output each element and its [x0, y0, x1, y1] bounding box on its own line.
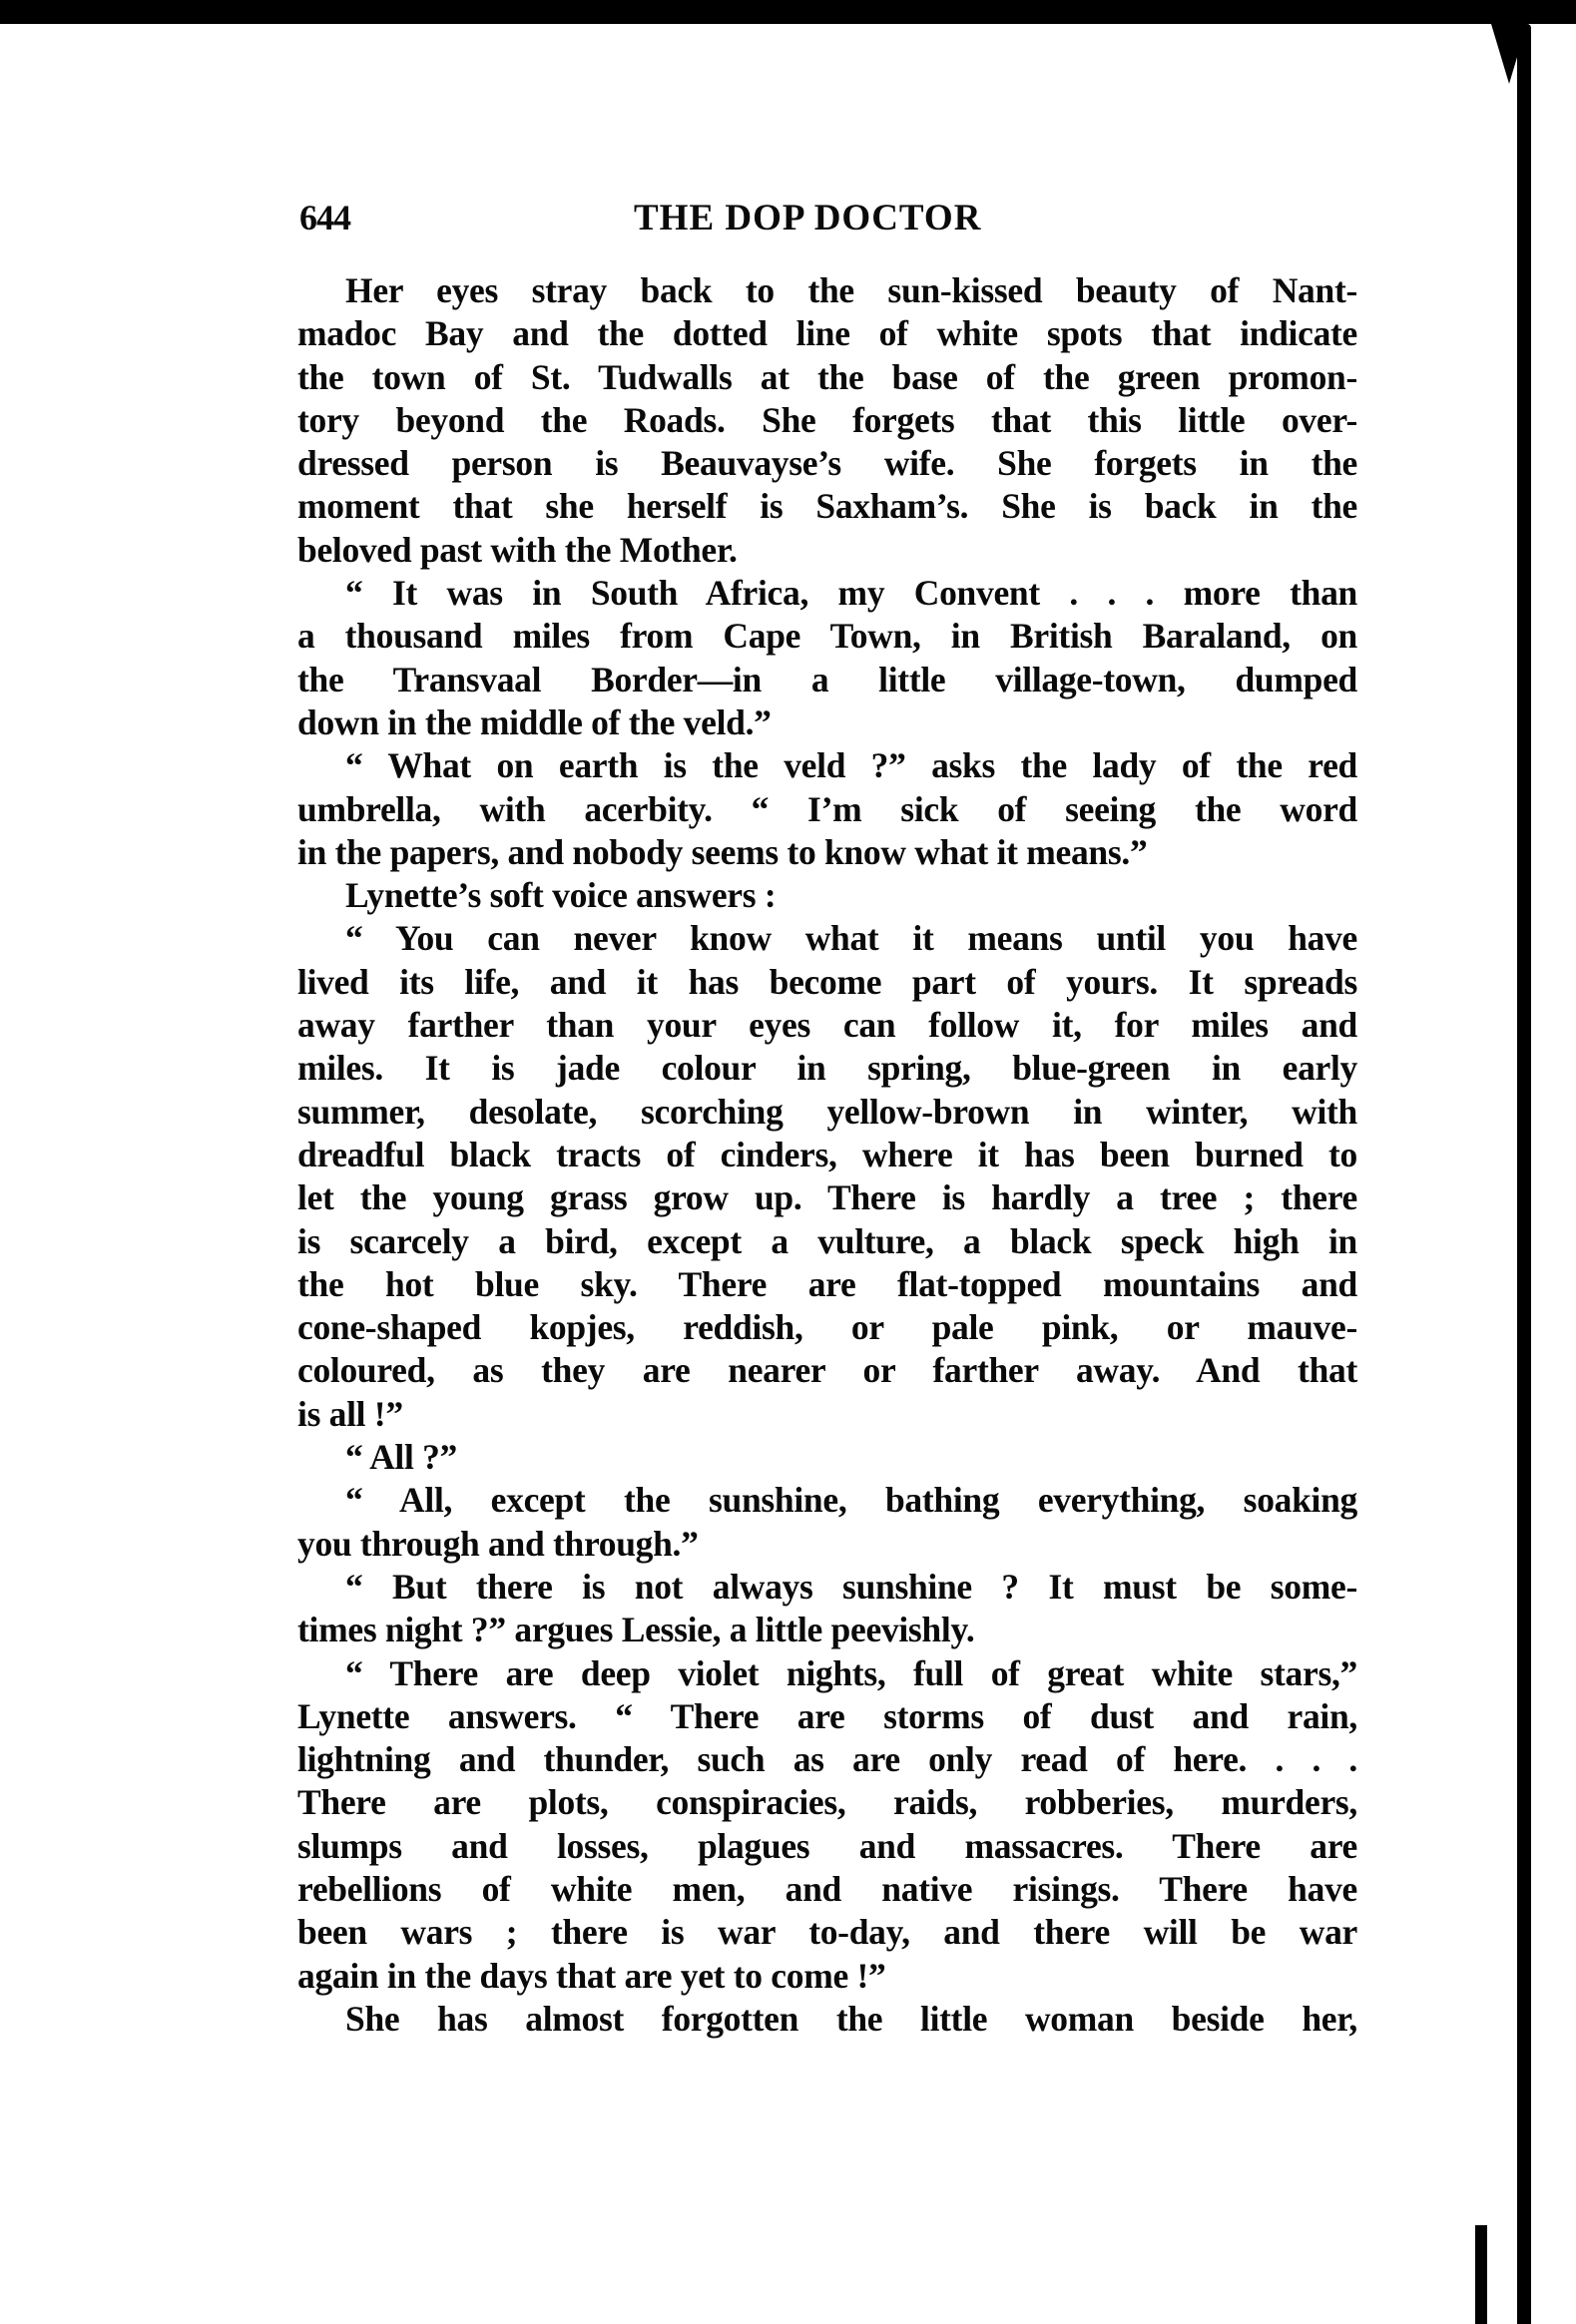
- text-line: miles. It is jade colour in spring, blue…: [297, 1047, 1357, 1090]
- text-line: “ But there is not always sunshine ? It …: [297, 1566, 1357, 1609]
- text-line: dreadful black tracts of cinders, where …: [297, 1134, 1357, 1176]
- page-header: 644 THE DOP DOCTOR: [299, 197, 1367, 246]
- text-line: a thousand miles from Cape Town, in Brit…: [297, 615, 1357, 658]
- text-line: lived its life, and it has become part o…: [297, 961, 1357, 1004]
- scan-top-border: [0, 0, 1576, 24]
- text-line: you through and through.”: [297, 1523, 1357, 1566]
- text-line: rebellions of white men, and native risi…: [297, 1868, 1357, 1911]
- text-line: “ All, except the sunshine, bathing ever…: [297, 1479, 1357, 1522]
- text-line: There are plots, conspiracies, raids, ro…: [297, 1781, 1357, 1824]
- text-line: in the papers, and nobody seems to know …: [297, 831, 1357, 874]
- text-line: “ All ?”: [297, 1436, 1357, 1479]
- text-line: “ You can never know what it means until…: [297, 917, 1357, 960]
- text-line: dressed person is Beauvayse’s wife. She …: [297, 442, 1357, 485]
- text-line: umbrella, with acerbity. “ I’m sick of s…: [297, 788, 1357, 831]
- scan-binding-edge-bottom: [1475, 2225, 1487, 2324]
- text-line: is scarcely a bird, except a vulture, a …: [297, 1220, 1357, 1263]
- body-text: Her eyes stray back to the sun-kissed be…: [297, 269, 1357, 2041]
- scan-binding-edge: [1517, 24, 1531, 2324]
- text-line: “ There are deep violet nights, full of …: [297, 1652, 1357, 1695]
- text-line: down in the middle of the veld.”: [297, 701, 1357, 744]
- text-line: let the young grass grow up. There is ha…: [297, 1176, 1357, 1219]
- text-line: tory beyond the Roads. She forgets that …: [297, 399, 1357, 442]
- text-line: Lynette’s soft voice answers :: [297, 874, 1357, 917]
- text-line: the town of St. Tudwalls at the base of …: [297, 356, 1357, 399]
- text-line: lightning and thunder, such as are only …: [297, 1738, 1357, 1781]
- text-line: Her eyes stray back to the sun-kissed be…: [297, 269, 1357, 312]
- text-line: Lynette answers. “ There are storms of d…: [297, 1695, 1357, 1738]
- text-line: again in the days that are yet to come !…: [297, 1955, 1357, 1998]
- text-line: moment that she herself is Saxham’s. She…: [297, 485, 1357, 528]
- text-line: is all !”: [297, 1393, 1357, 1436]
- text-line: beloved past with the Mother.: [297, 529, 1357, 572]
- text-line: the hot blue sky. There are flat-topped …: [297, 1263, 1357, 1306]
- text-line: been wars ; there is war to-day, and the…: [297, 1911, 1357, 1954]
- text-line: times night ?” argues Lessie, a little p…: [297, 1609, 1357, 1651]
- text-line: coloured, as they are nearer or farther …: [297, 1349, 1357, 1392]
- text-line: slumps and losses, plagues and massacres…: [297, 1825, 1357, 1868]
- text-line: “ What on earth is the veld ?” asks the …: [297, 744, 1357, 787]
- text-line: away farther than your eyes can follow i…: [297, 1004, 1357, 1047]
- running-title: THE DOP DOCTOR: [634, 197, 981, 239]
- page-number: 644: [299, 197, 350, 238]
- text-line: She has almost forgotten the little woma…: [297, 1998, 1357, 2041]
- text-line: madoc Bay and the dotted line of white s…: [297, 312, 1357, 355]
- text-line: “ It was in South Africa, my Convent . .…: [297, 572, 1357, 615]
- text-line: the Transvaal Border—in a little village…: [297, 659, 1357, 701]
- text-line: summer, desolate, scorching yellow-brown…: [297, 1091, 1357, 1134]
- text-line: cone-shaped kopjes, reddish, or pale pin…: [297, 1306, 1357, 1349]
